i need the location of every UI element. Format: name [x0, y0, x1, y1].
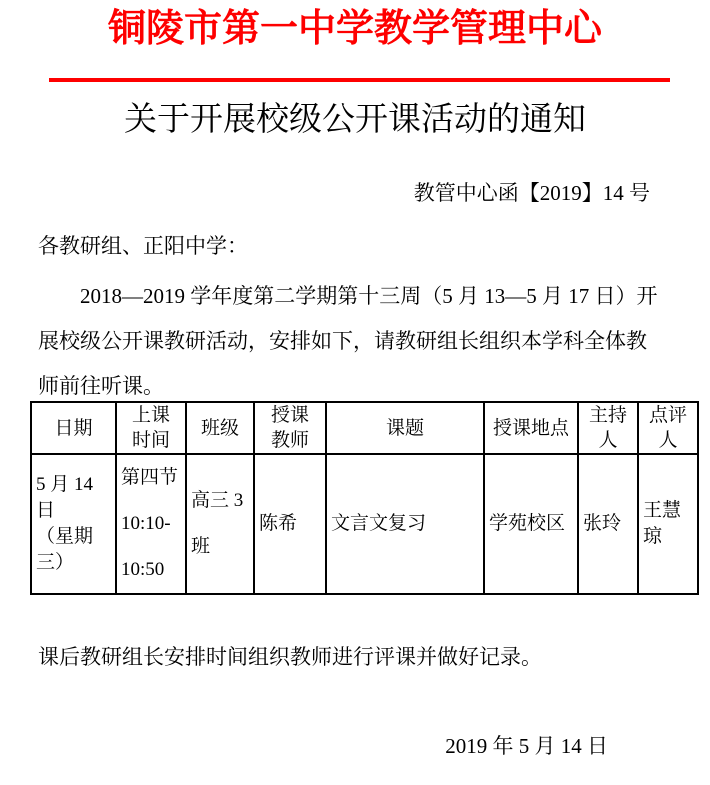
- col-header-date: 日期: [31, 402, 116, 454]
- cell-date: 5 月 14 日 （星期 三）: [31, 454, 116, 594]
- doc-reference-number: 教管中心函【2019】14 号: [0, 180, 650, 207]
- paragraph-line-2: 展校级公开课教研活动，安排如下，请教研组长组织本学科全体教: [38, 319, 710, 364]
- col-header-class: 班级: [186, 402, 254, 454]
- notice-document: 铜陵市第一中学教学管理中心 关于开展校级公开课活动的通知 教管中心函【2019】…: [0, 6, 710, 760]
- col-header-host: 主持 人: [578, 402, 638, 454]
- cell-teacher: 陈希: [254, 454, 326, 594]
- cell-class: 高三 3 班: [186, 454, 254, 594]
- col-header-time: 上课 时间: [116, 402, 186, 454]
- schedule-table-header: 日期 上课 时间 班级 授课 教师 课题 授课地点 主持 人 点评 人: [31, 402, 698, 454]
- red-divider-rule: [49, 78, 670, 82]
- col-header-teacher: 授课 教师: [254, 402, 326, 454]
- col-header-topic: 课题: [326, 402, 484, 454]
- paragraph-line-1: 2018—2019 学年度第二学期第十三周（5 月 13—5 月 17 日）开: [38, 274, 710, 319]
- salutation: 各教研组、正阳中学：: [38, 233, 710, 260]
- schedule-table: 日期 上课 时间 班级 授课 教师 课题 授课地点 主持 人 点评 人 5 月 …: [30, 401, 699, 595]
- sign-date: 2019 年 5 月 14 日: [0, 733, 608, 760]
- body-paragraph: 2018—2019 学年度第二学期第十三周（5 月 13—5 月 17 日）开 …: [38, 274, 710, 409]
- table-row: 5 月 14 日 （星期 三） 第四节 10:10- 10:50 高三 3 班 …: [31, 454, 698, 594]
- cell-evaluator: 王慧 琼: [638, 454, 698, 594]
- cell-time: 第四节 10:10- 10:50: [116, 454, 186, 594]
- org-title: 铜陵市第一中学教学管理中心: [0, 6, 710, 52]
- cell-topic: 文言文复习: [326, 454, 484, 594]
- notice-title: 关于开展校级公开课活动的通知: [0, 99, 710, 142]
- cell-host: 张玲: [578, 454, 638, 594]
- cell-location: 学苑校区: [484, 454, 578, 594]
- closing-note: 课后教研组长安排时间组织教师进行评课并做好记录。: [38, 644, 710, 671]
- header-row: 日期 上课 时间 班级 授课 教师 课题 授课地点 主持 人 点评 人: [31, 402, 698, 454]
- col-header-evaluator: 点评 人: [638, 402, 698, 454]
- col-header-location: 授课地点: [484, 402, 578, 454]
